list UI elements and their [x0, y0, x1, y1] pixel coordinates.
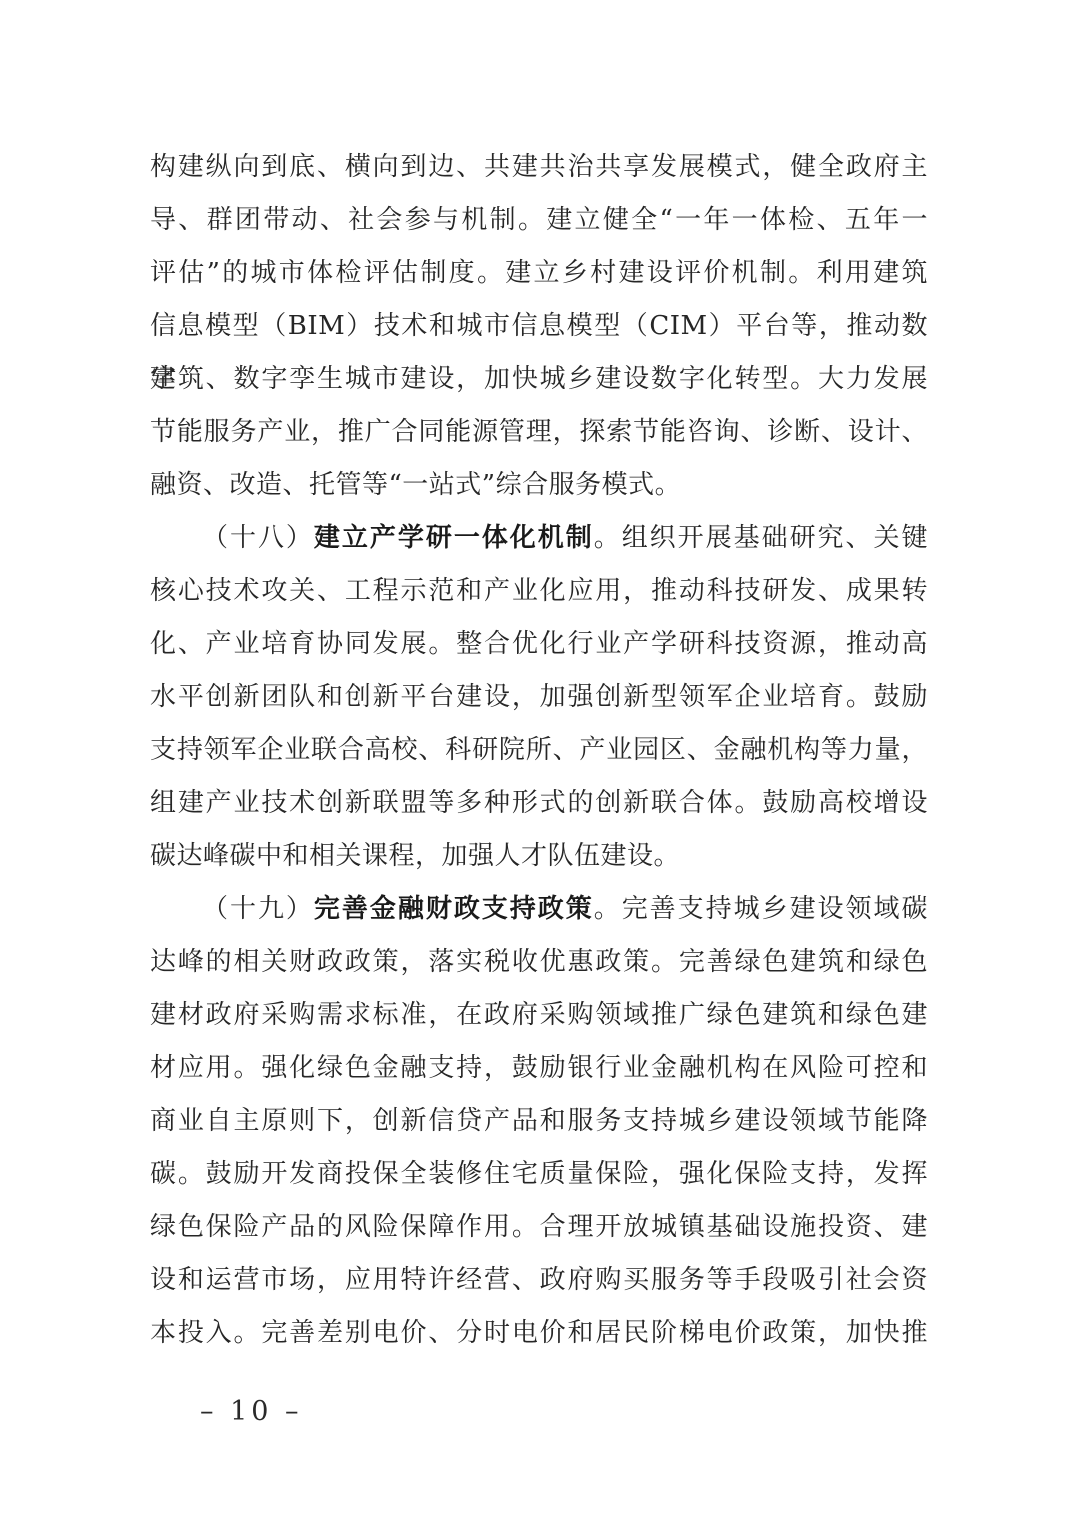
body-text: 商业自主原则下，创新信贷产品和服务支持城乡建设领域节能降: [150, 1106, 928, 1136]
text-line: 设和运营市场，应用特许经营、政府购买服务等手段吸引社会资: [150, 1254, 928, 1307]
body-text: （十九）: [202, 894, 314, 924]
text-line: 绿色保险产品的风险保障作用。合理开放城镇基础设施投资、建: [150, 1201, 928, 1254]
body-text: 核心技术攻关、工程示范和产业化应用，推动科技研发、成果转: [150, 576, 928, 606]
body-text: 绿色保险产品的风险保障作用。合理开放城镇基础设施投资、建: [150, 1212, 928, 1242]
page-number: – 10 –: [200, 1392, 303, 1432]
body-text: 融资、改造、托管等“一站式”综合服务模式。: [150, 470, 681, 500]
body-text: 碳。鼓励开发商投保全装修住宅质量保险，强化保险支持，发挥: [150, 1159, 928, 1189]
body-text: 导、群团带动、社会参与机制。建立健全“一年一体检、五年一: [150, 205, 928, 235]
text-line: 构建纵向到底、横向到边、共建共治共享发展模式，健全政府主: [150, 141, 928, 194]
text-line: 达峰的相关财政政策，落实税收优惠政策。完善绿色建筑和绿色: [150, 936, 928, 989]
body-text: 水平创新团队和创新平台建设，加强创新型领军企业培育。鼓励: [150, 682, 928, 712]
body-text: （十八）: [202, 523, 314, 553]
body-text: 节能服务产业，推广合同能源管理，探索节能咨询、诊断、设计、: [150, 417, 928, 447]
text-line: 碳。鼓励开发商投保全装修住宅质量保险，强化保险支持，发挥: [150, 1148, 928, 1201]
body-text: 评估”的城市体检评估制度。建立乡村建设评价机制。利用建筑: [150, 258, 928, 288]
body-text: 构建纵向到底、横向到边、共建共治共享发展模式，健全政府主: [150, 152, 928, 182]
text-line: （十八）建立产学研一体化机制。组织开展基础研究、关键: [150, 512, 928, 565]
body-text: 碳达峰碳中和相关课程，加强人才队伍建设。: [150, 841, 680, 871]
document-page: 构建纵向到底、横向到边、共建共治共享发展模式，健全政府主导、群团带动、社会参与机…: [0, 0, 1080, 1527]
body-text: 。组织开展基础研究、关键: [594, 523, 928, 553]
text-line: 导、群团带动、社会参与机制。建立健全“一年一体检、五年一: [150, 194, 928, 247]
body-text: 。完善支持城乡建设领域碳: [594, 894, 928, 924]
text-line: 节能服务产业，推广合同能源管理，探索节能咨询、诊断、设计、: [150, 406, 928, 459]
document-body: 构建纵向到底、横向到边、共建共治共享发展模式，健全政府主导、群团带动、社会参与机…: [150, 141, 928, 1360]
section-heading-text: 建立产学研一体化机制: [314, 523, 594, 553]
text-line: 建筑、数字孪生城市建设，加快城乡建设数字化转型。大力发展: [150, 353, 928, 406]
text-line: 核心技术攻关、工程示范和产业化应用，推动科技研发、成果转: [150, 565, 928, 618]
text-line: 商业自主原则下，创新信贷产品和服务支持城乡建设领域节能降: [150, 1095, 928, 1148]
text-line: 评估”的城市体检评估制度。建立乡村建设评价机制。利用建筑: [150, 247, 928, 300]
section-heading-text: 完善金融财政支持政策: [314, 894, 594, 924]
body-text: 支持领军企业联合高校、科研院所、产业园区、金融机构等力量，: [150, 735, 928, 765]
text-line: 建材政府采购需求标准，在政府采购领域推广绿色建筑和绿色建: [150, 989, 928, 1042]
text-line: 碳达峰碳中和相关课程，加强人才队伍建设。: [150, 830, 928, 883]
body-text: 组建产业技术创新联盟等多种形式的创新联合体。鼓励高校增设: [150, 788, 928, 818]
body-text: 建材政府采购需求标准，在政府采购领域推广绿色建筑和绿色建: [150, 1000, 928, 1030]
text-line: 支持领军企业联合高校、科研院所、产业园区、金融机构等力量，: [150, 724, 928, 777]
body-text: 达峰的相关财政政策，落实税收优惠政策。完善绿色建筑和绿色: [150, 947, 928, 977]
body-text: 建筑、数字孪生城市建设，加快城乡建设数字化转型。大力发展: [150, 364, 928, 394]
text-line: 化、产业培育协同发展。整合优化行业产学研科技资源，推动高: [150, 618, 928, 671]
text-line: 融资、改造、托管等“一站式”综合服务模式。: [150, 459, 928, 512]
text-line: （十九）完善金融财政支持政策。完善支持城乡建设领域碳: [150, 883, 928, 936]
text-line: 信息模型（BIM）技术和城市信息模型（CIM）平台等，推动数字: [150, 300, 928, 353]
text-line: 本投入。完善差别电价、分时电价和居民阶梯电价政策，加快推: [150, 1307, 928, 1360]
body-text: 设和运营市场，应用特许经营、政府购买服务等手段吸引社会资: [150, 1265, 928, 1295]
text-line: 材应用。强化绿色金融支持，鼓励银行业金融机构在风险可控和: [150, 1042, 928, 1095]
body-text: 材应用。强化绿色金融支持，鼓励银行业金融机构在风险可控和: [150, 1053, 928, 1083]
body-text: 本投入。完善差别电价、分时电价和居民阶梯电价政策，加快推: [150, 1318, 928, 1348]
text-line: 水平创新团队和创新平台建设，加强创新型领军企业培育。鼓励: [150, 671, 928, 724]
body-text: 化、产业培育协同发展。整合优化行业产学研科技资源，推动高: [150, 629, 928, 659]
text-line: 组建产业技术创新联盟等多种形式的创新联合体。鼓励高校增设: [150, 777, 928, 830]
